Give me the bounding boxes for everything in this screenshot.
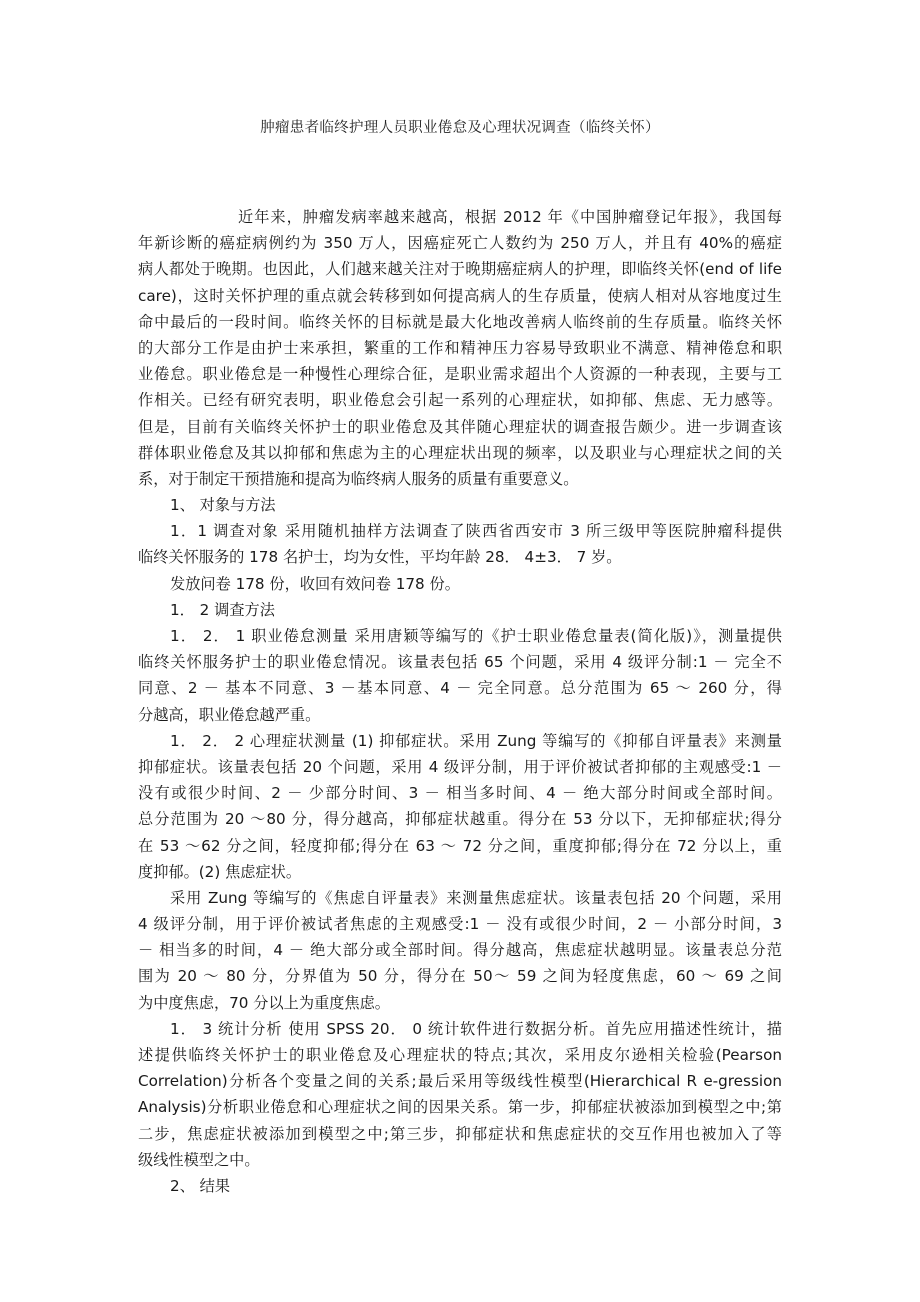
text-line: 述提供临终关怀护士的职业倦怠及心理症状的特点;其次，采用皮尔逊相关检验(Pear… — [138, 1042, 782, 1068]
text-line: 1． 3 统计分析 使用 SPSS 20． 0 统计软件进行数据分析。首先应用描… — [138, 1016, 782, 1042]
text-line: 抑郁症状。该量表包括 20 个问题，采用 4 级评分制，用于评价被试者抑郁的主观… — [138, 754, 782, 780]
document-title: 肿瘤患者临终护理人员职业倦怠及心理状况调查（临终关怀） — [0, 116, 920, 137]
text-line: 1、 对象与方法 — [138, 492, 782, 518]
text-line: 分越高，职业倦怠越严重。 — [138, 702, 782, 728]
document-body: 近年来，肿瘤发病率越来越高，根据 2012 年《中国肿瘤登记年报》，我国每年新诊… — [138, 204, 782, 1199]
text-line: 1． 2． 2 心理症状测量 (1) 抑郁症状。采用 Zung 等编写的《抑郁自… — [138, 728, 782, 754]
text-line: 业倦怠。职业倦怠是一种慢性心理综合征，是职业需求超出个人资源的一种表现，主要与工 — [138, 361, 782, 387]
text-line: Analysis)分析职业倦怠和心理症状之间的因果关系。第一步，抑郁症状被添加到… — [138, 1094, 782, 1120]
text-line: care)，这时关怀护理的重点就会转移到如何提高病人的生存质量，使病人相对从容地… — [138, 283, 782, 309]
text-line: 近年来，肿瘤发病率越来越高，根据 2012 年《中国肿瘤登记年报》，我国每 — [138, 204, 782, 230]
text-line: Correlation)分析各个变量之间的关系;最后采用等级线性模型(Hiera… — [138, 1068, 782, 1094]
text-line: 临终关怀服务护士的职业倦怠情况。该量表包括 65 个问题，采用 4 级评分制:1… — [138, 649, 782, 675]
text-line: 度抑郁。(2) 焦虑症状。 — [138, 859, 782, 885]
text-line: 年新诊断的癌症病例约为 350 万人，因癌症死亡人数约为 250 万人，并且有 … — [138, 230, 782, 256]
text-line: 1． 2 调查方法 — [138, 597, 782, 623]
text-line: 临终关怀服务的 178 名护士，均为女性，平均年龄 28． 4±3． 7 岁。 — [138, 544, 782, 570]
text-line: 的大部分工作是由护士来承担，繁重的工作和精神压力容易导致职业不满意、精神倦怠和职 — [138, 335, 782, 361]
text-line: 采用 Zung 等编写的《焦虑自评量表》来测量焦虑症状。该量表包括 20 个问题… — [138, 885, 782, 911]
text-line: 二步，焦虑症状被添加到模型之中;第三步，抑郁症状和焦虑症状的交互作用也被加入了等 — [138, 1121, 782, 1147]
text-line: 同意、2 － 基本不同意、3 －基本同意、4 － 完全同意。总分范围为 65 ～… — [138, 675, 782, 701]
text-line: 1．1 调查对象 采用随机抽样方法调查了陕西省西安市 3 所三级甲等医院肿瘤科提… — [138, 518, 782, 544]
text-line: 2、 结果 — [138, 1173, 782, 1199]
text-line: 在 53 ～62 分之间，轻度抑郁;得分在 63 ～ 72 分之间，重度抑郁;得… — [138, 833, 782, 859]
text-line: 没有或很少时间、2 － 少部分时间、3 － 相当多时间、4 － 绝大部分时间或全… — [138, 780, 782, 806]
text-line: 1． 2． 1 职业倦怠测量 采用唐颖等编写的《护士职业倦怠量表(简化版)》，测… — [138, 623, 782, 649]
text-line: 围为 20 ～ 80 分，分界值为 50 分，得分在 50～ 59 之间为轻度焦… — [138, 963, 782, 989]
text-line: 总分范围为 20 ～80 分，得分越高，抑郁症状越重。得分在 53 分以下，无抑… — [138, 806, 782, 832]
text-line: 4 级评分制，用于评价被试者焦虑的主观感受:1 － 没有或很少时间，2 － 小部… — [138, 911, 782, 937]
text-line: 但是，目前有关临终关怀护士的职业倦怠及其伴随心理症状的调查报告颇少。进一步调查该 — [138, 414, 782, 440]
text-line: 作相关。已经有研究表明，职业倦怠会引起一系列的心理症状，如抑郁、焦虑、无力感等。 — [138, 387, 782, 413]
text-line: 为中度焦虑，70 分以上为重度焦虑。 — [138, 990, 782, 1016]
text-line: 发放问卷 178 份，收回有效问卷 178 份。 — [138, 571, 782, 597]
text-line: 系，对于制定干预措施和提高为临终病人服务的质量有重要意义。 — [138, 466, 782, 492]
text-line: 病人都处于晚期。也因此，人们越来越关注对于晚期癌症病人的护理，即临终关怀(end… — [138, 256, 782, 282]
text-line: 级线性模型之中。 — [138, 1147, 782, 1173]
text-line: － 相当多的时间，4 － 绝大部分或全部时间。得分越高，焦虑症状越明显。该量表总… — [138, 937, 782, 963]
text-line: 命中最后的一段时间。临终关怀的目标就是最大化地改善病人临终前的生存质量。临终关怀 — [138, 309, 782, 335]
text-line: 群体职业倦怠及其以抑郁和焦虑为主的心理症状出现的频率，以及职业与心理症状之间的关 — [138, 440, 782, 466]
